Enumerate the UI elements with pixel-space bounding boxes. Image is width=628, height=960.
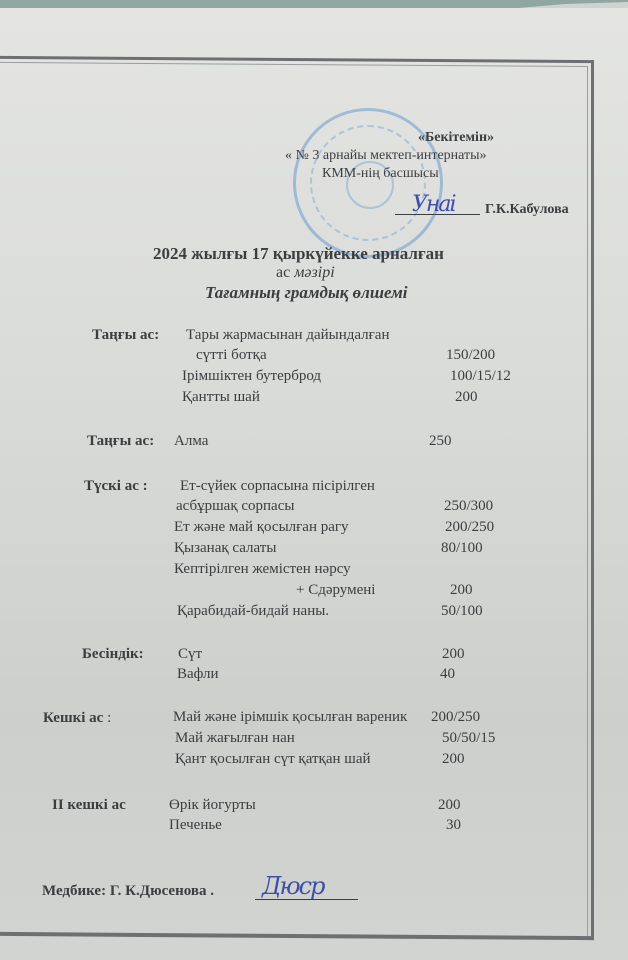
menu-item-qty: 200 <box>450 582 473 599</box>
menu-item-qty: 200 <box>442 751 465 768</box>
meal-label-breakfast: Таңғы ас: <box>92 327 159 344</box>
menu-date-title: 2024 жылғы 17 қыркүйекке арналған <box>153 244 444 264</box>
menu-item-qty: 200/250 <box>445 519 494 536</box>
meal-label-dinner: Кешкі ас : <box>43 709 111 727</box>
menu-item: Кептірілген жемістен нәрсу <box>174 561 351 578</box>
menu-item: Вафли <box>177 666 219 683</box>
menu-subtitle: ас мәзірі <box>276 264 335 282</box>
nurse-signature-label: Медбике: Г. К.Дюсенова . <box>42 883 214 900</box>
approval-school-name: « № 3 арнайы мектеп-интернаты» <box>285 148 487 164</box>
menu-item-qty: 100/15/12 <box>450 368 511 385</box>
meal-label-afternoon-snack: Бесіндік: <box>82 646 144 663</box>
portion-size-heading: Тағамның грамдық өлшемі <box>205 283 408 303</box>
menu-item-qty: 200/250 <box>431 709 480 726</box>
meal-label-second-dinner: ІІ кешкі ас <box>52 797 126 814</box>
meal-label-dinner-text: Кешкі ас <box>43 710 103 726</box>
menu-item-qty: 200 <box>455 389 478 406</box>
meal-label-second-breakfast: Таңғы ас: <box>87 433 154 450</box>
menu-item: Ет және май қосылған рагу <box>174 519 349 536</box>
meal-label-lunch: Түскі ас : <box>84 478 148 495</box>
menu-item: асбұршақ сорпасы <box>176 498 294 515</box>
approval-heading: «Бекітемін» <box>418 130 494 146</box>
menu-item: Қарабидай-бидай наны. <box>177 603 329 620</box>
menu-item: Печенье <box>169 817 222 834</box>
menu-item-qty: 40 <box>440 666 455 683</box>
menu-item: сүтті ботқа <box>196 347 267 364</box>
menu-item-qty: 200 <box>438 797 461 814</box>
menu-item-qty: 150/200 <box>446 347 495 364</box>
menu-item: Ет-сүйек сорпасына пісірілген <box>180 478 375 495</box>
menu-item: Тары жармасынан дайындалған <box>186 327 389 344</box>
menu-item: Сүт <box>178 646 202 663</box>
menu-item-qty: 50/50/15 <box>442 730 495 747</box>
menu-item: Қантты шай <box>182 389 260 406</box>
meal-label-dinner-colon: : <box>103 710 111 726</box>
menu-item-qty: 200 <box>442 646 465 663</box>
menu-subtitle-italic: мәзірі <box>294 264 334 281</box>
nurse-signature: Дюср <box>262 872 323 900</box>
approval-position: КММ-нің басшысы <box>322 166 439 182</box>
menu-item-qty: 50/100 <box>441 603 483 620</box>
menu-item: Ірімшіктен бутерброд <box>182 368 321 385</box>
approval-signature: Унаі <box>412 192 455 217</box>
menu-item: Май жағылған нан <box>175 730 295 747</box>
menu-item: Қант қосылған сүт қатқан шай <box>175 751 371 768</box>
menu-item: Өрік йогурты <box>169 797 256 814</box>
menu-item-qty: 250 <box>429 433 452 450</box>
menu-subtitle-plain: ас <box>276 264 294 281</box>
menu-item: Қызанақ салаты <box>174 540 276 557</box>
approval-signer-name: Г.К.Кабулова <box>485 202 569 218</box>
menu-item: Май және ірімшік қосылған вареник <box>173 709 407 726</box>
menu-item: Алма <box>174 433 208 450</box>
menu-item: + Сдәрумені <box>296 582 375 599</box>
menu-item-qty: 250/300 <box>444 498 493 515</box>
menu-item-qty: 30 <box>446 817 461 834</box>
menu-item-qty: 80/100 <box>441 540 483 557</box>
